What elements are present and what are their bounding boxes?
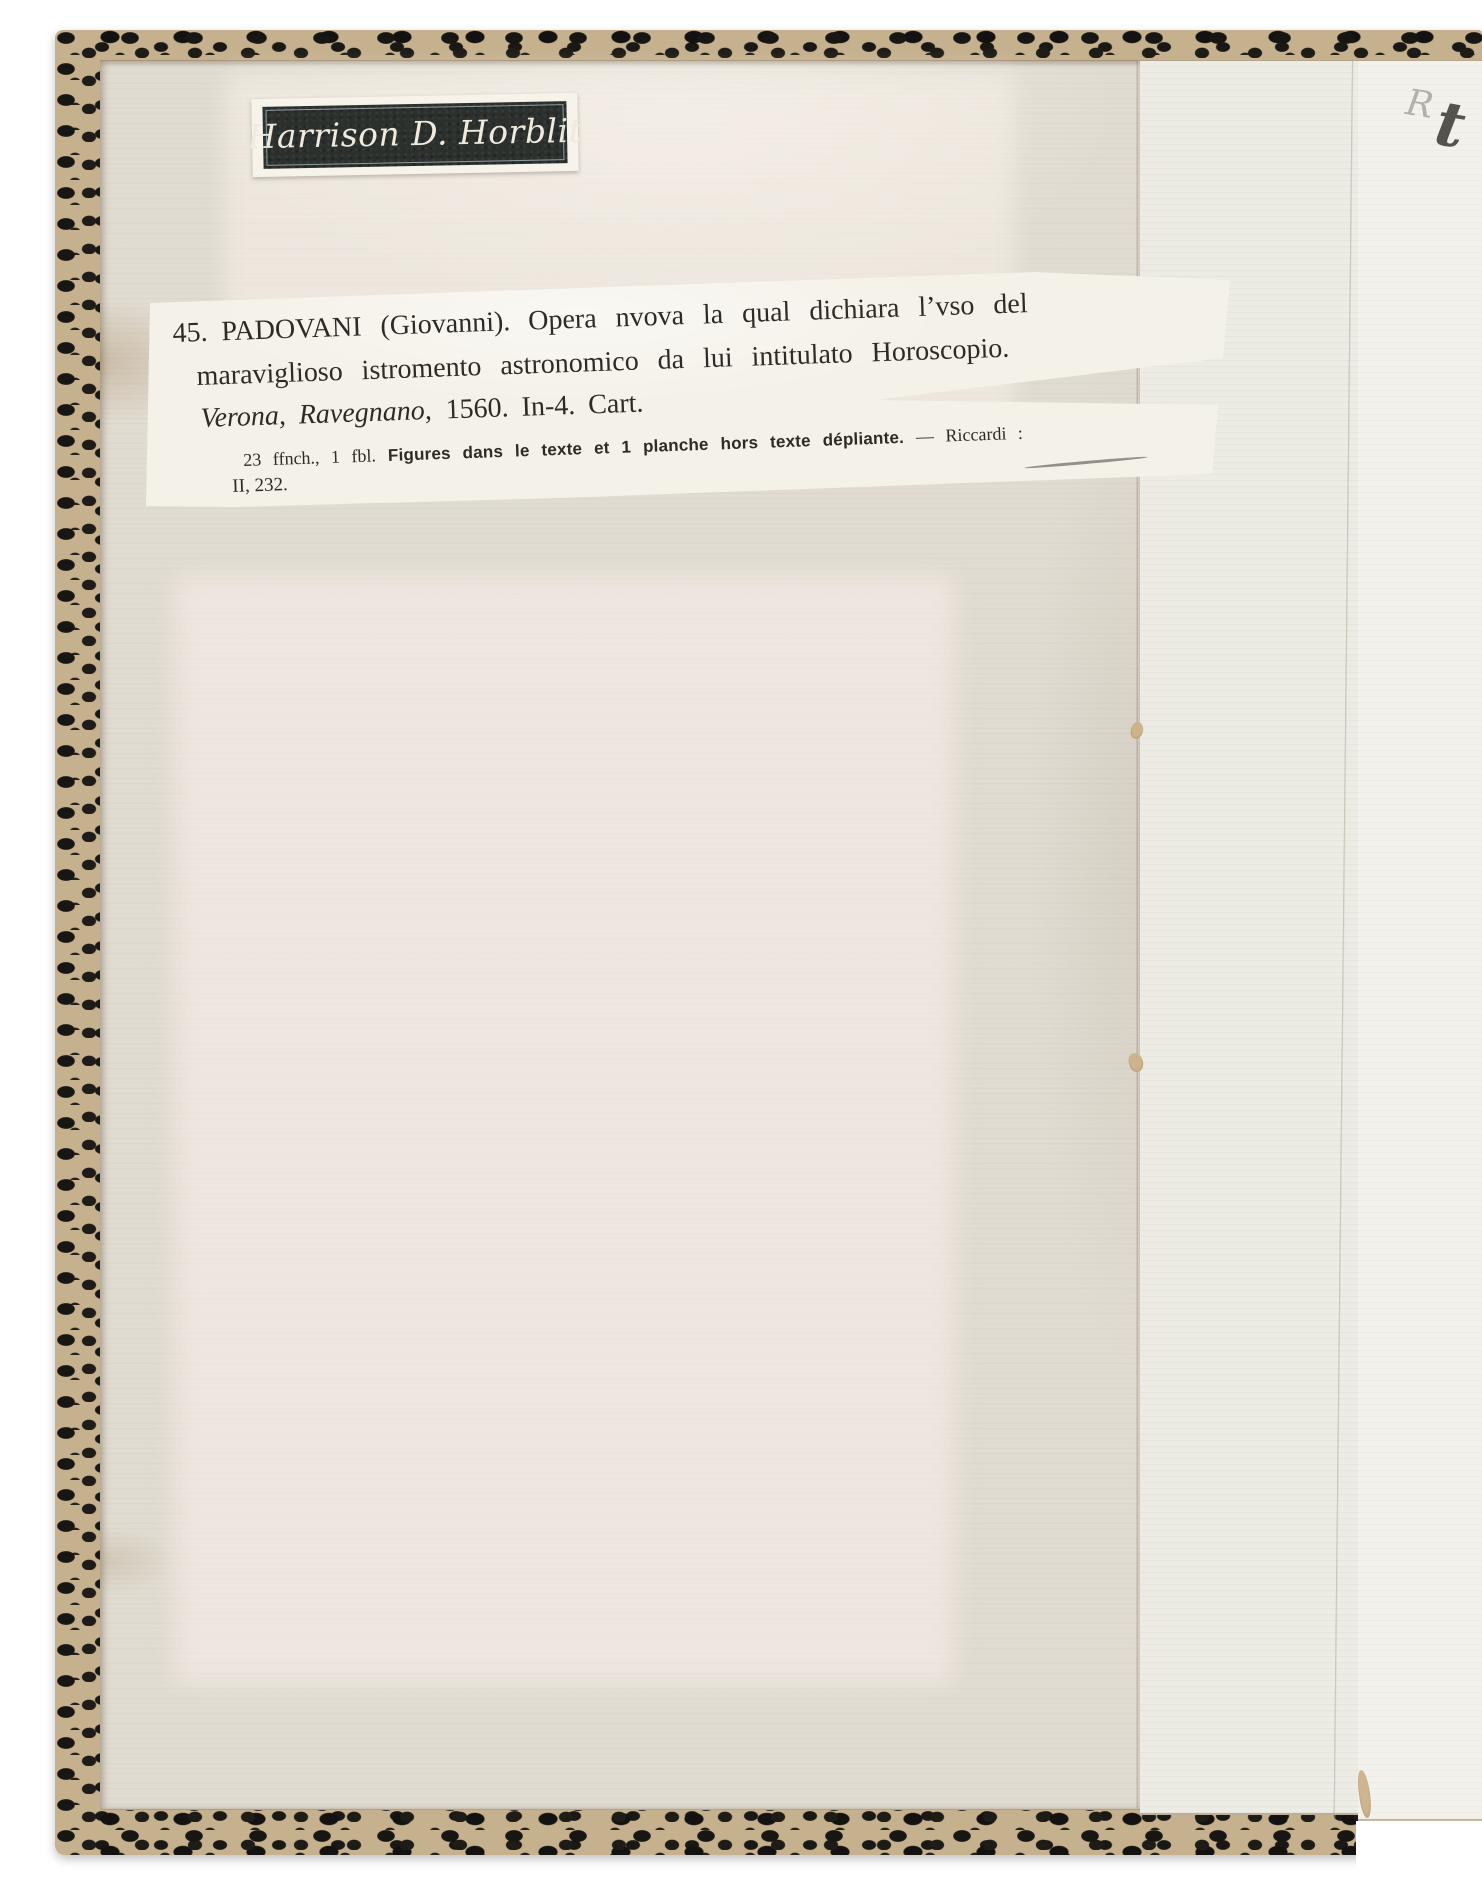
catalog-author: PADOVANI (Giovanni). (221, 306, 511, 347)
catalog-line-reference-2: II, 232. (232, 474, 288, 498)
paper-light-area-main (175, 575, 955, 1685)
flyleaf-strip (1358, 60, 1482, 1821)
bookplate-owner-name: Harrison D. Horblit (247, 111, 583, 159)
ownership-bookplate: Harrison D. Horblit (251, 93, 578, 177)
catalog-collation: 23 ffnch., 1 fbl. (243, 445, 376, 470)
catalog-title-part1: Opera nvova la qual dichiara l’vso del (528, 288, 1028, 336)
catalog-entry-number: 45. (172, 317, 208, 349)
bookplate-dark-panel: Harrison D. Horblit (262, 101, 567, 169)
photo-background-patch (1356, 1821, 1482, 1890)
catalog-note-bold: Figures dans le texte et 1 planche hors … (388, 428, 905, 465)
catalog-imprint-place-printer: Verona, Ravegnano, (200, 395, 432, 434)
photo-of-book-pastedown: { "page": { "bookplate": { "name": "Harr… (0, 0, 1482, 1890)
catalog-reference: — Riccardi : (916, 423, 1024, 447)
catalog-line-imprint: Verona, Ravegnano,1560. In-4. Cart. (200, 388, 644, 435)
catalog-line-collation: 23 ffnch., 1 fbl.Figures dans le texte e… (243, 423, 1023, 471)
catalog-imprint-date-format: 1560. In-4. Cart. (445, 388, 644, 426)
pencil-underline (1024, 456, 1148, 470)
